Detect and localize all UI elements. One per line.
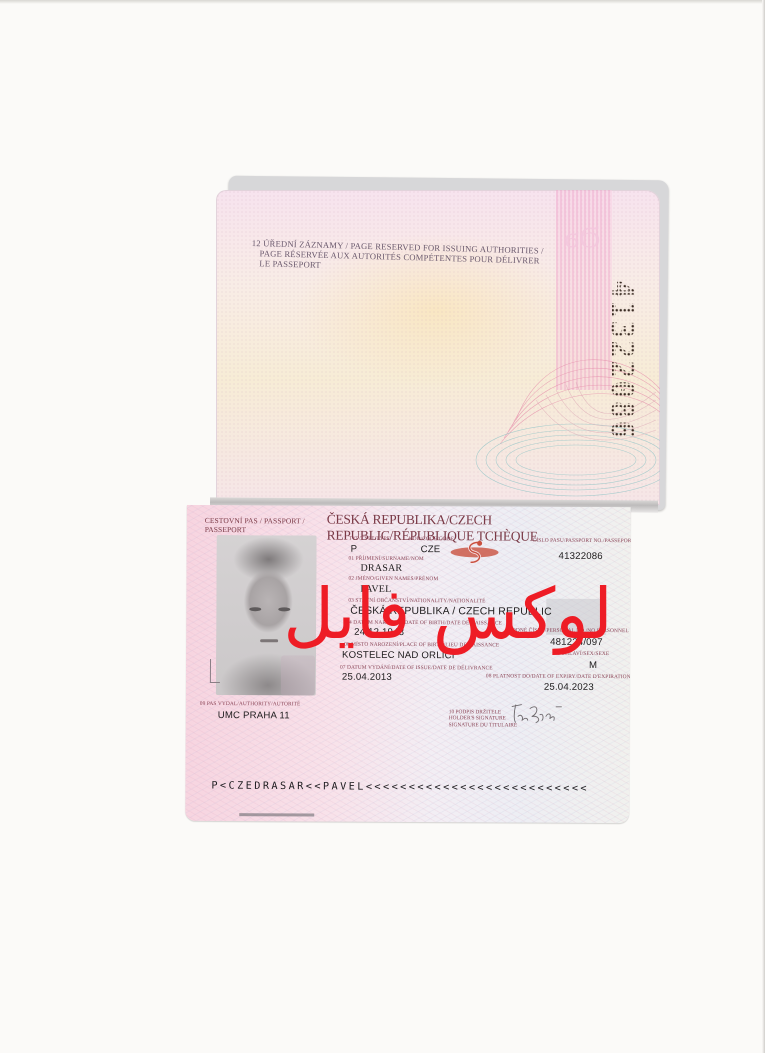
scan-edge (0, 0, 765, 4)
czech-emblem-icon (449, 540, 501, 564)
photo-detail (249, 607, 261, 611)
place-of-birth-value: KOSTELEC NAD ORLICÍ (342, 650, 455, 662)
reserved-page-text: 12 ÚŘEDNÍ ZÁZNAMY / PAGE RESERVED FOR IS… (251, 238, 572, 276)
passport-number-label: ČÍSLO PASU/PASSPORT NO./PASSEPORT NO (533, 538, 631, 545)
type-value: P (351, 544, 358, 555)
code-label: KÓD/CODE/CODE (409, 536, 454, 542)
surname-value: DRASAR (360, 563, 402, 574)
document-type-label: CESTOVNÍ PAS / PASSPORT / PASSEPORT (205, 516, 317, 535)
authority-value: UMC PRAHA 11 (218, 710, 290, 721)
perforated-number-text: 41322086 (604, 280, 639, 441)
surname-label: 01 PŘÍJMENÍ/SURNAME/NOM (349, 556, 424, 562)
holder-signature (508, 699, 564, 729)
personal-number-label: RODNÉ ČÍSLO/PERSONAL NO./NO PERSONNEL (508, 628, 629, 635)
perforated-passport-number: 41322086 (604, 245, 638, 475)
given-names-label: 02 JMÉNO/GIVEN NAMES/PRÉNOM (348, 576, 438, 582)
data-page-header: CESTOVNÍ PAS / PASSPORT / PASSEPORT ČESK… (205, 511, 623, 533)
photo-corner-mark (210, 659, 220, 683)
date-of-birth-value: 24.12.1948 (354, 627, 404, 638)
nationality-label: 03 STÁTNÍ OBČANSTVÍ/NATIONALITY/NATIONAL… (348, 598, 485, 605)
date-of-birth-label: 04 DATUM NAROZENÍ/DATE OF BIRTH/DATE DE … (346, 620, 502, 627)
page-edge-strip (239, 813, 314, 816)
machine-readable-zone: P<CZEDRASAR<<PAVEL<<<<<<<<<<<<<<<<<<<<<<… (211, 737, 590, 823)
passport-upper-page: ϭϬ (216, 190, 660, 505)
type-label: TYP/TYPE/TYPE (349, 536, 390, 542)
date-of-issue-value: 25.04.2013 (342, 672, 392, 683)
mrz-line-1: P<CZEDRASAR<<PAVEL<<<<<<<<<<<<<<<<<<<<<<… (211, 776, 589, 799)
passport-data-page: CESTOVNÍ PAS / PASSPORT / PASSEPORT ČESK… (185, 505, 631, 823)
photo-detail (278, 607, 290, 611)
personal-number-value: 481224/097 (550, 637, 603, 648)
ghost-image (281, 655, 315, 695)
authority-label: 09 PAS VYDAL/AUTHORITY/AUTORITÉ (200, 701, 301, 708)
passport-number-value: 41322086 (559, 551, 603, 562)
date-of-expiry-value: 25.04.2023 (544, 682, 594, 693)
date-of-issue-label: 07 DATUM VYDÁNÍ/DATE OF ISSUE/DATE DE DÉ… (340, 665, 493, 672)
photo-detail (260, 639, 278, 642)
date-of-expiry-label: 08 PLATNOST DO/DATE OF EXPIRY/DATE D'EXP… (486, 673, 631, 680)
given-names-value: PAVEL (360, 584, 391, 595)
sex-label: POHLAVÍ/SEX/SEXE (558, 651, 609, 657)
sex-value: M (589, 660, 597, 671)
code-value: CZE (421, 544, 441, 555)
nationality-value: ČESKÁ REPUBLIKA / CZECH REPUBLIC (350, 606, 552, 618)
place-of-birth-label: 06 MÍSTO NAROZENÍ/PLACE OF BIRTH/LIEU DE… (344, 642, 499, 649)
